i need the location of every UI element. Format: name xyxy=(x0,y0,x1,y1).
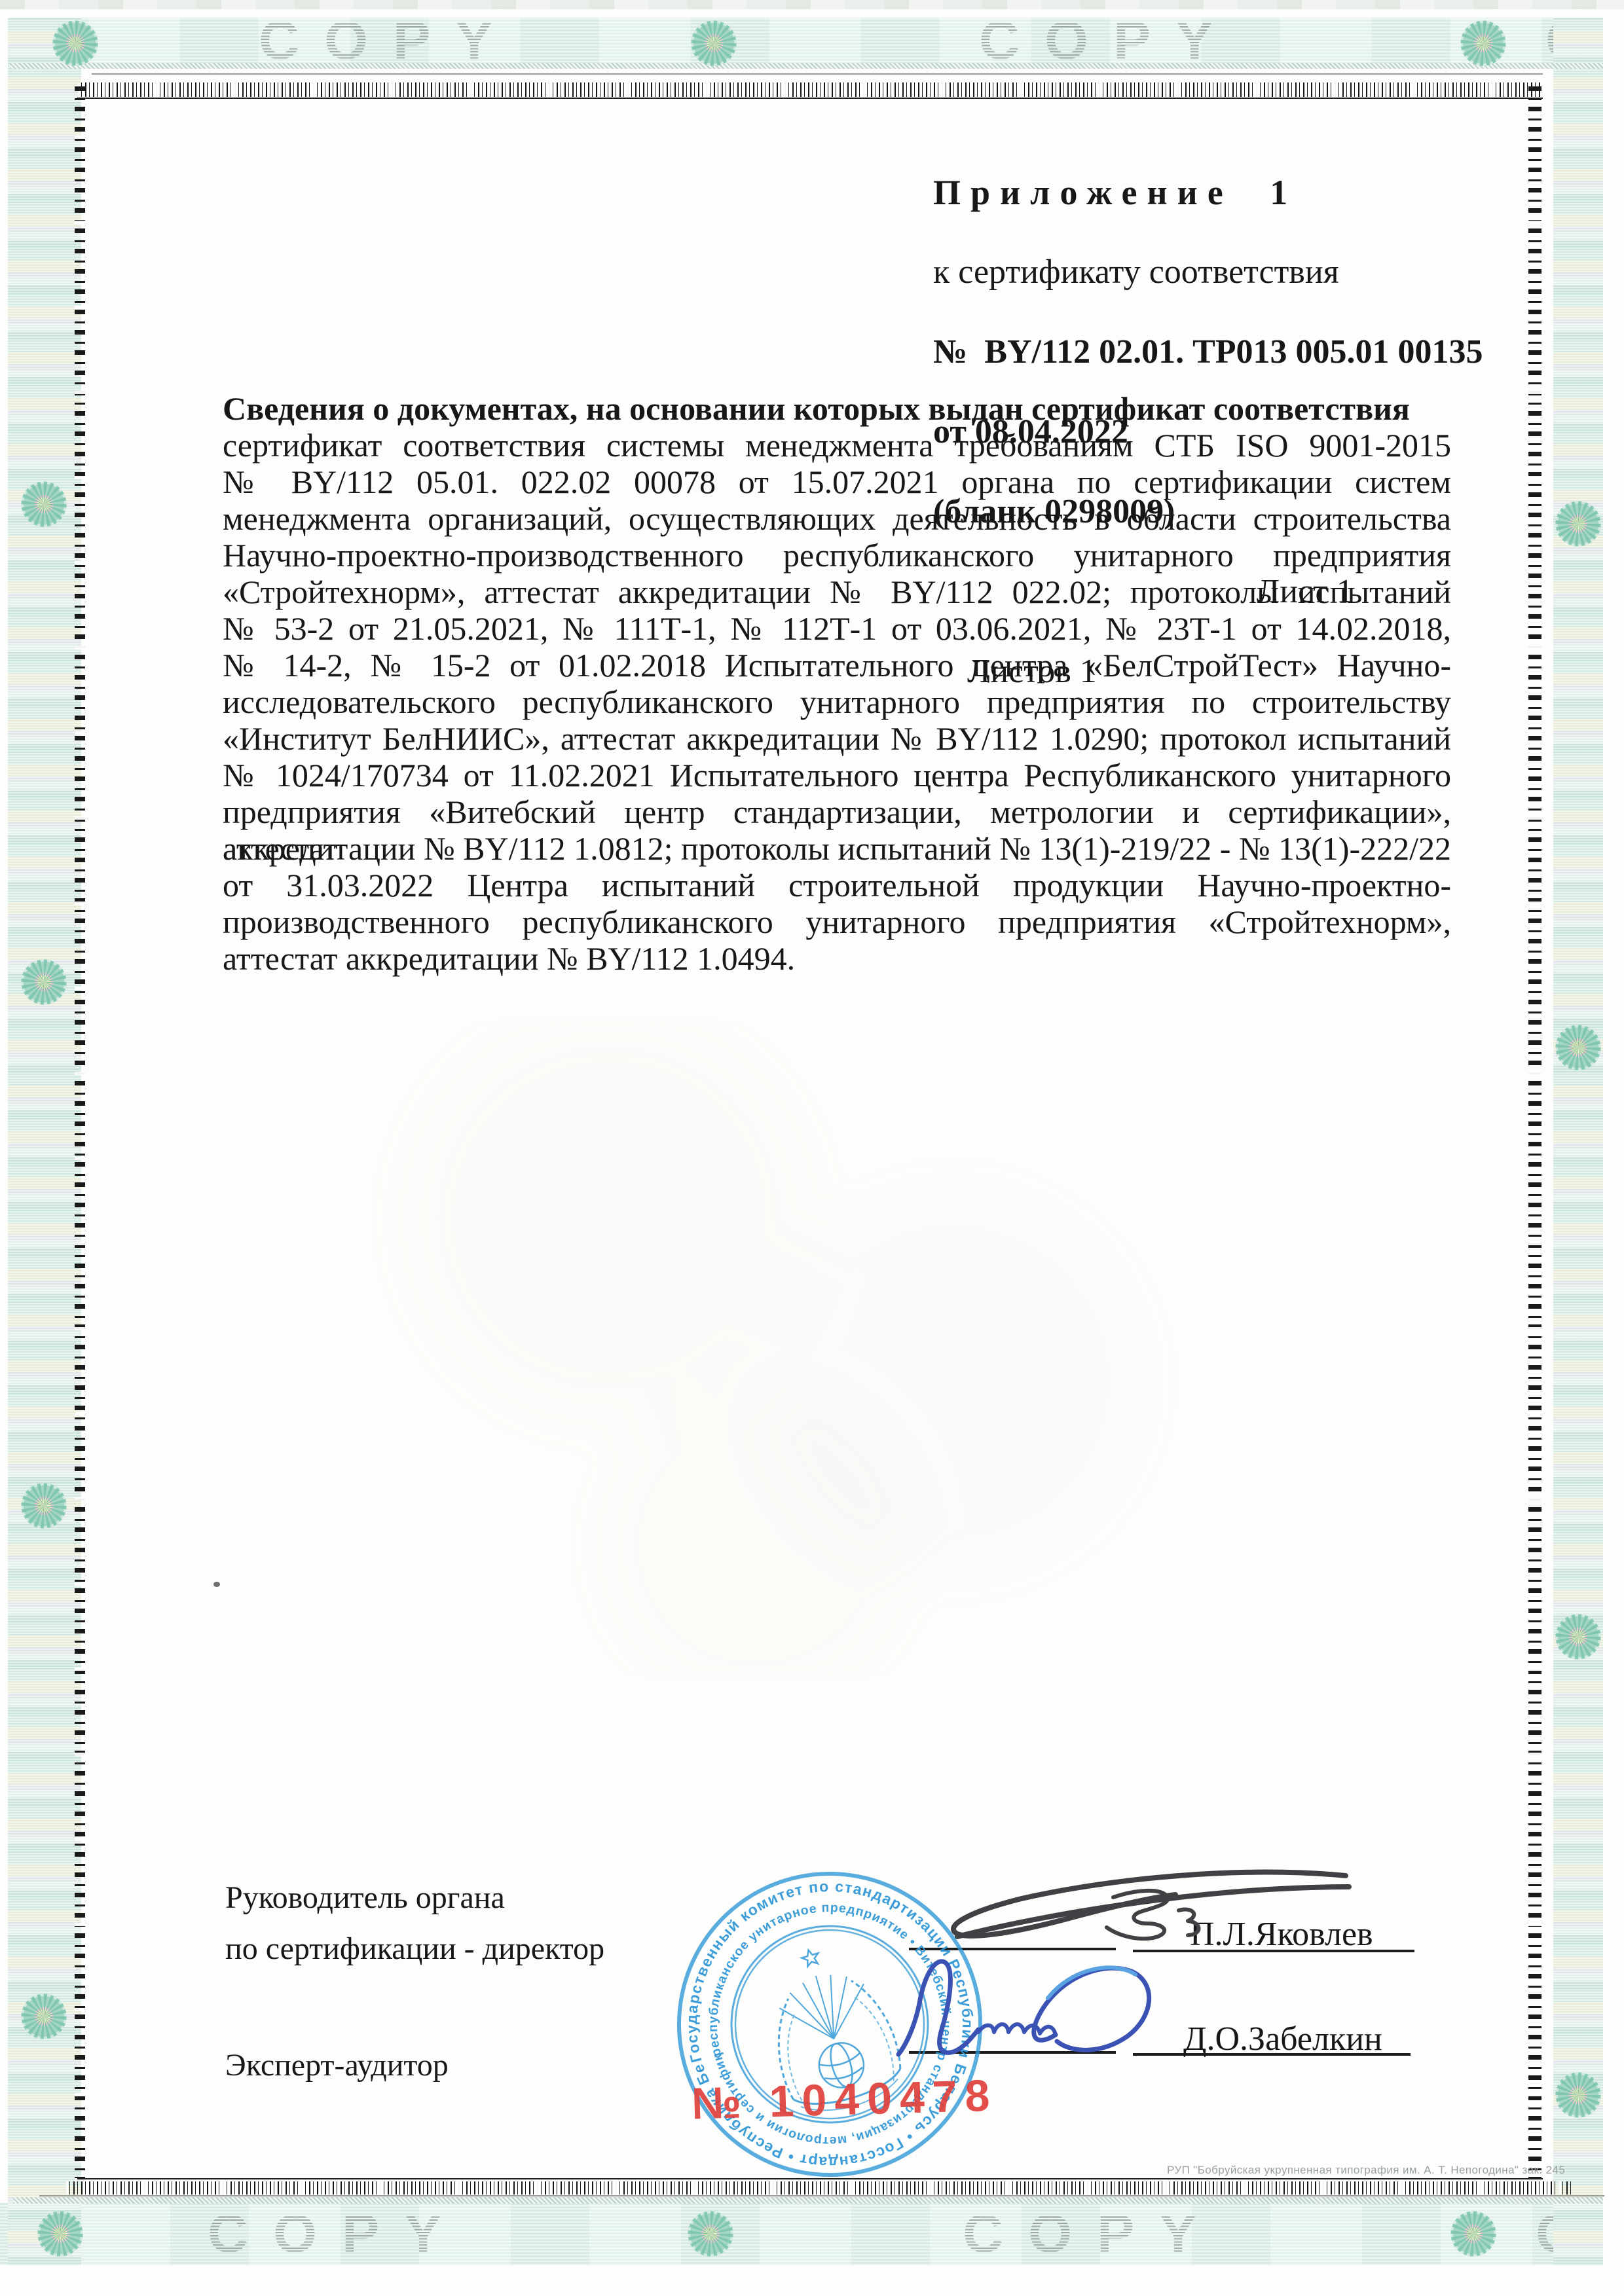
signature2-ink xyxy=(898,1961,1149,2054)
signatures-overlay xyxy=(0,0,1624,2296)
scanned-certificate-appendix-page: { "page": { "watermark": "COPY", "imprin… xyxy=(0,0,1624,2296)
signature1-ink xyxy=(953,1872,1349,1939)
printer-imprint: РУП "Бобруйская укрупненная типография и… xyxy=(1167,2164,1565,2177)
